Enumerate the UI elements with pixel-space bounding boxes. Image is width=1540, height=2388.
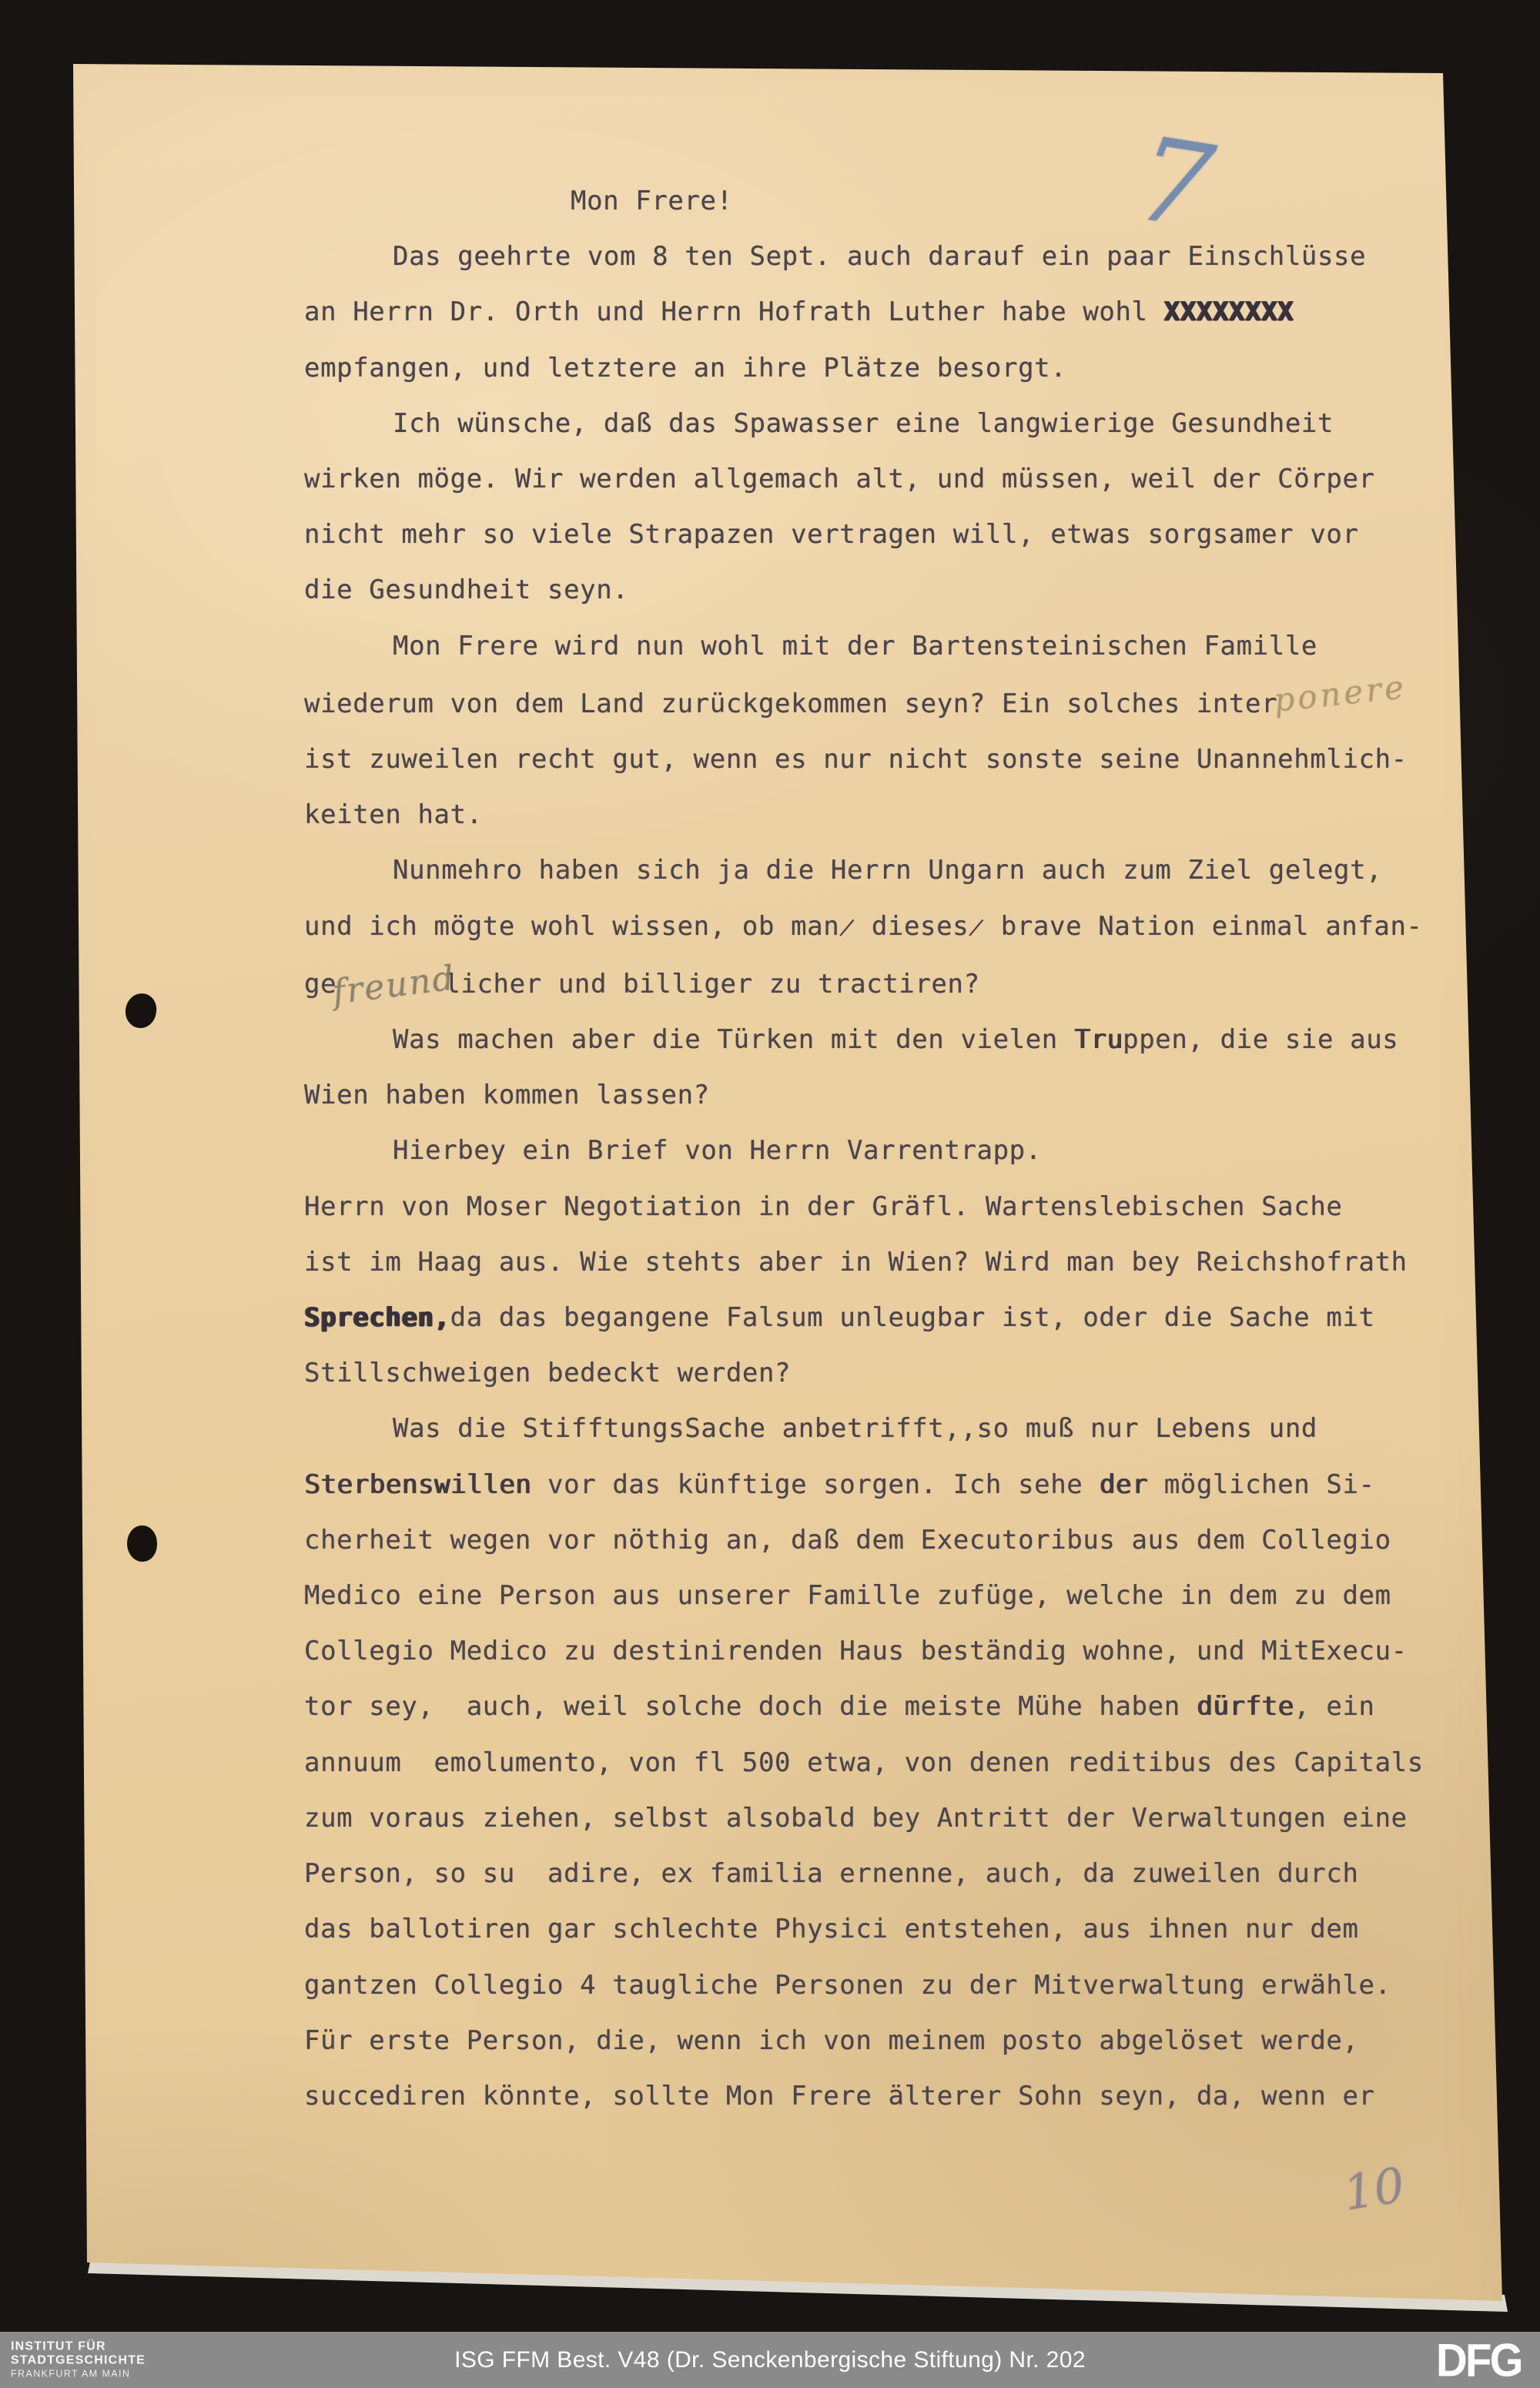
typed-text: Nunmehro haben sich ja die Herrn Ungarn … bbox=[393, 855, 1382, 886]
letter-line: Das geehrte vom 8 ten Sept. auch darauf … bbox=[304, 229, 1482, 284]
typed-text: das ballotiren gar schlechte Physici ent… bbox=[304, 1914, 1359, 1944]
typed-text: Wien haben kommen lassen? bbox=[304, 1080, 710, 1110]
footer-bar: INSTITUT FÜR STADTGESCHICHTE FRANKFURT A… bbox=[0, 2332, 1540, 2388]
institute-wordmark: INSTITUT FÜR STADTGESCHICHTE FRANKFURT A… bbox=[11, 2339, 146, 2380]
typed-text: Für erste Person, die, wenn ich von mein… bbox=[304, 2025, 1359, 2056]
typed-text: Person, so su adire, ex familia ernenne,… bbox=[304, 1858, 1359, 1889]
typed-text: gantzen Collegio 4 taugliche Personen zu… bbox=[304, 1970, 1391, 2001]
letter-line: empfangen, und letztere an ihre Plätze b… bbox=[304, 340, 1482, 396]
typed-text: an Herrn Dr. Orth und Herrn Hofrath Luth… bbox=[304, 296, 1164, 327]
typed-text: Was machen aber die Türken mit den viele… bbox=[393, 1024, 1074, 1055]
letter-line: wirken möge. Wir werden allgemach alt, u… bbox=[304, 451, 1482, 507]
letter-line: das ballotiren gar schlechte Physici ent… bbox=[304, 1901, 1482, 1957]
letter-line: zum voraus ziehen, selbst alsobald bey A… bbox=[304, 1790, 1482, 1846]
letter-line: Mon Frere! bbox=[304, 173, 1482, 229]
typed-text: XXXXXXXX bbox=[1164, 296, 1294, 327]
archive-reference: ISG FFM Best. V48 (Dr. Senckenbergische … bbox=[454, 2347, 1086, 2373]
letter-line: Ich wünsche, daß das Spawasser eine lang… bbox=[304, 396, 1482, 451]
typed-text: zum voraus ziehen, selbst alsobald bey A… bbox=[304, 1803, 1408, 1834]
typed-text: ppen, die sie aus bbox=[1123, 1024, 1398, 1055]
letter-line: wiederum von dem Land zurückgekommen sey… bbox=[304, 674, 1482, 732]
typed-text: succediren könnte, sollte Mon Frere älte… bbox=[304, 2081, 1375, 2112]
typed-text: die Gesundheit seyn. bbox=[304, 574, 628, 605]
typed-text: Stillschweigen bedeckt werden? bbox=[304, 1358, 791, 1388]
typed-text: cherheit wegen vor nöthig an, daß dem Ex… bbox=[304, 1525, 1391, 1556]
institute-city: FRANKFURT AM MAIN bbox=[11, 2367, 146, 2380]
typed-text: Sprechen, bbox=[304, 1302, 450, 1333]
typed-text: dürfte bbox=[1197, 1691, 1294, 1722]
typed-text: Tru bbox=[1074, 1024, 1123, 1055]
typed-text: ist im Haag aus. Wie stehts aber in Wien… bbox=[304, 1247, 1408, 1278]
dfg-logo: DFG bbox=[1436, 2333, 1522, 2386]
letter-line: ist im Haag aus. Wie stehts aber in Wien… bbox=[304, 1234, 1482, 1290]
typed-text: Sterbenswillen bbox=[304, 1469, 531, 1500]
handwritten-page-number-bottom: 10 bbox=[1340, 2156, 1408, 2221]
letter-line: Person, so su adire, ex familia ernenne,… bbox=[304, 1846, 1482, 1901]
typed-text: wiederum von dem Land zurückgekommen sey… bbox=[304, 688, 1277, 719]
letter-line: die Gesundheit seyn. bbox=[304, 562, 1482, 618]
typed-text: Herrn von Moser Negotiation in der Gräfl… bbox=[304, 1191, 1342, 1222]
letter-line: cherheit wegen vor nöthig an, daß dem Ex… bbox=[304, 1512, 1482, 1568]
typed-text: Mon Frere wird nun wohl mit der Bartenst… bbox=[393, 631, 1317, 661]
typed-text: Mon Frere! bbox=[571, 186, 733, 216]
typed-text: möglichen Si- bbox=[1148, 1469, 1375, 1500]
letter-line: und ich mögte wohl wissen, ob man̷ diese… bbox=[304, 899, 1482, 954]
typed-text: Ich wünsche, daß das Spawasser eine lang… bbox=[393, 408, 1334, 439]
typed-text: der bbox=[1099, 1469, 1147, 1500]
letter-line: nicht mehr so viele Strapazen vertragen … bbox=[304, 507, 1482, 562]
typed-text: vor das künftige sorgen. Ich sehe bbox=[531, 1469, 1099, 1500]
typed-text: empfangen, und letztere an ihre Plätze b… bbox=[304, 353, 1066, 383]
letter-line: Was machen aber die Türken mit den viele… bbox=[304, 1012, 1482, 1067]
letter-line: Stillschweigen bedeckt werden? bbox=[304, 1345, 1482, 1401]
letter-line: Medico eine Person aus unserer Famille z… bbox=[304, 1568, 1482, 1623]
letter-line: gantzen Collegio 4 taugliche Personen zu… bbox=[304, 1958, 1482, 2013]
typed-text: Hierbey ein Brief von Herrn Varrentrapp. bbox=[393, 1135, 1042, 1166]
letter-line: Mon Frere wird nun wohl mit der Bartenst… bbox=[304, 618, 1482, 674]
institute-name-line2: STADTGESCHICHTE bbox=[11, 2353, 146, 2367]
letter-line: Sterbenswillen vor das künftige sorgen. … bbox=[304, 1457, 1482, 1512]
typed-text: , ein bbox=[1294, 1691, 1374, 1722]
letter-line: Herrn von Moser Negotiation in der Gräfl… bbox=[304, 1179, 1482, 1234]
typed-text: Was die StifftungsSache anbetrifft,,so m… bbox=[393, 1413, 1317, 1444]
typed-text: ist zuweilen recht gut, wenn es nur nich… bbox=[304, 744, 1408, 775]
letter-line: Nunmehro haben sich ja die Herrn Ungarn … bbox=[304, 842, 1482, 898]
scan-background: 7 Mon Frere!Das geehrte vom 8 ten Sept. … bbox=[0, 0, 1540, 2388]
letter-line: Hierbey ein Brief von Herrn Varrentrapp. bbox=[304, 1123, 1482, 1178]
typed-text: keiten hat. bbox=[304, 799, 483, 830]
typed-text: Medico eine Person aus unserer Famille z… bbox=[304, 1580, 1391, 1611]
letter-line: succediren könnte, sollte Mon Frere älte… bbox=[304, 2068, 1482, 2124]
letter-line: ist zuweilen recht gut, wenn es nur nich… bbox=[304, 732, 1482, 787]
letter-line: an Herrn Dr. Orth und Herrn Hofrath Luth… bbox=[304, 284, 1482, 340]
typed-text: da das begangene Falsum unleugbar ist, o… bbox=[450, 1302, 1375, 1333]
typed-text: und ich mögte wohl wissen, ob man̷ diese… bbox=[304, 911, 1423, 942]
typed-text: nicht mehr so viele Strapazen vertragen … bbox=[304, 519, 1359, 550]
typed-text: annuum emolumento, von fl 500 etwa, von … bbox=[304, 1747, 1424, 1778]
institute-name-line1: INSTITUT FÜR bbox=[11, 2339, 146, 2353]
letter-line: keiten hat. bbox=[304, 787, 1482, 842]
letter-line: tor sey, auch, weil solche doch die meis… bbox=[304, 1679, 1482, 1734]
letter-body: Mon Frere!Das geehrte vom 8 ten Sept. au… bbox=[304, 173, 1482, 2124]
letter-line: Sprechen,da das begangene Falsum unleugb… bbox=[304, 1290, 1482, 1345]
letter-line: Wien haben kommen lassen? bbox=[304, 1067, 1482, 1123]
typed-text: tor sey, auch, weil solche doch die meis… bbox=[304, 1691, 1197, 1722]
typed-text: wirken möge. Wir werden allgemach alt, u… bbox=[304, 464, 1375, 494]
typed-text: Das geehrte vom 8 ten Sept. auch darauf … bbox=[393, 241, 1366, 272]
letter-line: Was die StifftungsSache anbetrifft,,so m… bbox=[304, 1401, 1482, 1456]
letter-line: gefreundlicher und billiger zu tractiren… bbox=[304, 954, 1482, 1012]
letter-line: Collegio Medico zu destinirenden Haus be… bbox=[304, 1623, 1482, 1679]
typed-text: Collegio Medico zu destinirenden Haus be… bbox=[304, 1636, 1408, 1666]
letter-line: annuum emolumento, von fl 500 etwa, von … bbox=[304, 1735, 1482, 1790]
letter-line: Für erste Person, die, wenn ich von mein… bbox=[304, 2013, 1482, 2068]
typed-text: licher und billiger zu tractiren? bbox=[444, 969, 979, 1000]
handwritten-insert: freund bbox=[330, 950, 459, 1020]
